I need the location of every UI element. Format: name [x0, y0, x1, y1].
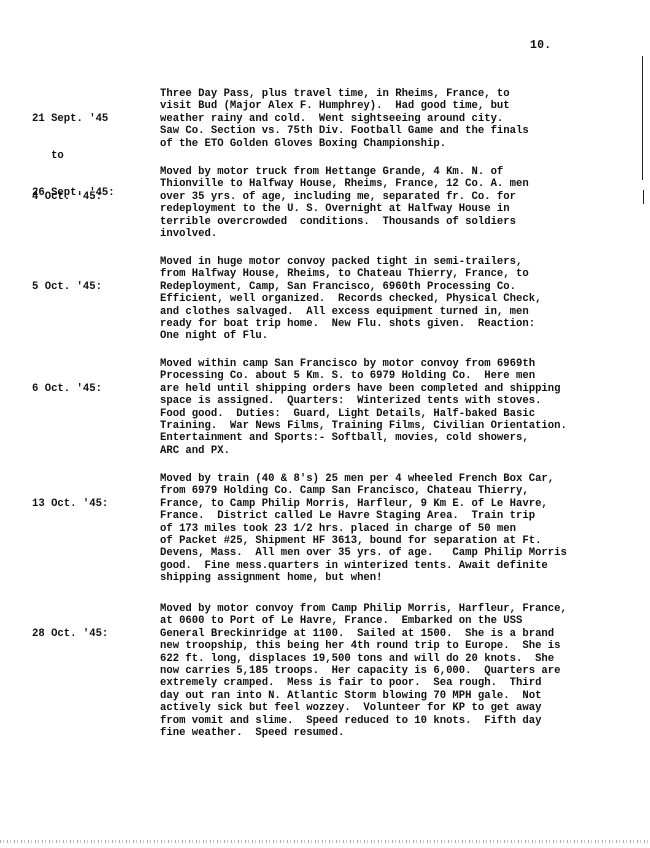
- entry-text: Three Day Pass, plus travel time, in Rhe…: [160, 88, 630, 150]
- entry-date: 5 Oct. '45:: [32, 256, 142, 318]
- entry-date: 4 Oct. '45:: [32, 166, 142, 228]
- entry-text: Moved by motor truck from Hettange Grand…: [160, 166, 630, 240]
- entry-text: Moved by train (40 & 8's) 25 men per 4 w…: [160, 473, 630, 585]
- page-number: 10.: [530, 39, 551, 52]
- document-page: 10. 21 Sept. '45 to 26 Sept. '45: Three …: [0, 0, 650, 848]
- scan-noise-strip: [0, 840, 650, 843]
- entry-date: 28 Oct. '45:: [32, 603, 142, 665]
- entry-text: Moved within camp San Francisco by motor…: [160, 358, 630, 457]
- entry-date: 6 Oct. '45:: [32, 358, 142, 420]
- scan-edge-mark: [642, 56, 643, 180]
- entry-text: Moved in huge motor convoy packed tight …: [160, 256, 630, 343]
- entry-text: Moved by motor convoy from Camp Philip M…: [160, 603, 630, 739]
- scan-edge-mark: [643, 190, 644, 204]
- entry-date: 13 Oct. '45:: [32, 473, 142, 535]
